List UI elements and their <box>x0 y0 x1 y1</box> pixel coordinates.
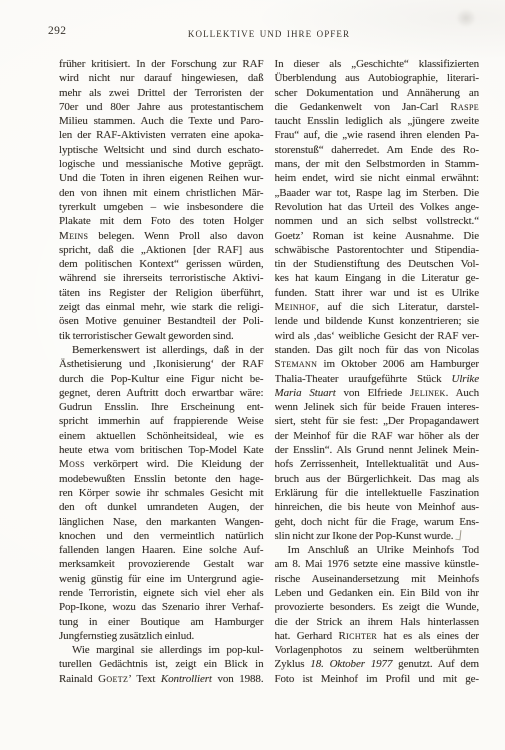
text-line: Goetz’ Roman ist keine Ausnahme. Die <box>275 229 480 243</box>
text-line: hinreichen, die bis heute von Meinhof au… <box>275 500 480 514</box>
text-line: täten ins Register der Religion überführ… <box>59 286 264 300</box>
text-line: spricht, daß die „Aktionen [der RAF] aus <box>59 243 264 257</box>
page-number: 292 <box>48 25 66 37</box>
small-caps-name: Goetz <box>98 673 128 685</box>
text-line: wenn Jelinek sich für beide Frauen inter… <box>275 400 480 414</box>
pencil-annotation-mark <box>456 530 462 540</box>
text-line: wird als ‚das‘ weibliche Gesicht der RAF… <box>275 329 480 343</box>
small-caps-name: Stemann <box>275 358 318 370</box>
text-line: Pop-Ikone, wozu das Szenario ihrer Verha… <box>59 600 264 614</box>
text-line: lyptische Weltsicht und sind durch escha… <box>59 143 264 157</box>
text-line: Jungfernstieg zusätzlich einlud. <box>59 629 264 643</box>
text-line: In dieser als „Geschichte“ klassifiziert… <box>275 57 480 71</box>
text-line: spricht immerhin auf frappierende Weise <box>59 414 264 428</box>
text-line: taucht Ensslin lediglich als „jüngere zw… <box>275 114 480 128</box>
text-line: rende Terroristin, eignete sich viel ehe… <box>59 586 264 600</box>
text-line: die Gedankenwelt von Jan-Carl Raspe <box>275 100 480 114</box>
text-line: schwäbische Pastorentochter und Stipendi… <box>275 243 480 257</box>
text-line: Thalia-Theater uraufgeführte Stück Ulrik… <box>275 372 480 386</box>
text-line: Rainald Goetz’ Text Kontrolliert von 198… <box>59 672 264 686</box>
text-line: Ästhetisierung und ‚Ikonisierung‘ der RA… <box>59 357 264 371</box>
text-line: „Baader war tot, Raspe lag im Sterben. D… <box>275 186 480 200</box>
text-line: 70er und 80er Jahre aus protestantischem <box>59 100 264 114</box>
text-line: Zyklus 18. Oktober 1977 genutzt. Auf dem <box>275 657 480 671</box>
book-page: 292 KOLLEKTIVE UND IHRE OPFER früher kri… <box>0 0 505 750</box>
text-line: provozierte besonders. Es zeigt die Wund… <box>275 600 480 614</box>
text-line: heim endet, wird sie nicht einmal erwähn… <box>275 171 480 185</box>
text-line: während sie ihrerseits terroristische Ak… <box>59 271 264 285</box>
text-line: modebewußten Ensslin betonte den hage- <box>59 472 264 486</box>
left-column: früher kritisiert. In der Forschung zur … <box>59 57 264 686</box>
italic-title: Maria Stuart <box>275 387 336 399</box>
text-line: hofs Zerrissenheit, Intellektualität und… <box>275 457 480 471</box>
text-line: die der Strick an ihrem Hals hinterlasse… <box>275 615 480 629</box>
text-line: len der RAF-Aktivisten verraten eine apo… <box>59 128 264 142</box>
text-line: den oft dunkel umrandeten Augen, der <box>59 500 264 514</box>
text-line: der Ensslin“. Als Grund nennt Jelinek Me… <box>275 443 480 457</box>
text-line: tik terroristischer Gewalt geworden sind… <box>59 329 264 343</box>
text-line: fallenden langen Haaren. Eine solche Auf… <box>59 543 264 557</box>
text-line: mans, der mit den Selbstmorden in Stamm- <box>275 157 480 171</box>
text-line: Frau“ auf, die „wie rasend ihren elenden… <box>275 128 480 142</box>
text-line: der Meinhof für die RAF war höher als de… <box>275 429 480 443</box>
text-line: Milieu stammen. Auch die Texte und Paro- <box>59 114 264 128</box>
text-line: standen. Das gilt noch für das von Nicol… <box>275 343 480 357</box>
text-line: Moss verkörpert wird. Die Kleidung der <box>59 457 264 471</box>
italic-title: Ulrike <box>451 373 479 385</box>
small-caps-name: Moss <box>59 458 85 470</box>
small-caps-name: Meins <box>59 230 88 242</box>
text-line: Wie marginal sie allerdings im pop-kul- <box>59 643 264 657</box>
text-line: hat. Gerhard Richter hat es als eines de… <box>275 629 480 643</box>
text-line: ösen Motive genuiner Bestandteil der Pol… <box>59 314 264 328</box>
text-line: storenstuß“ daherredet. Am Ende des Ro- <box>275 143 480 157</box>
text-line: einem aktuellen Schönheitsideal, wie es <box>59 429 264 443</box>
text-line: mehr als zwei Drittel der Terroristen de… <box>59 86 264 100</box>
text-line: Stemann im Oktober 2006 am Hamburger <box>275 357 480 371</box>
text-line: merksamkeit provozierende Gestalt war <box>59 557 264 571</box>
text-line: heute etwa vom britischen Top-Model Kate <box>59 443 264 457</box>
text-line: rische Auseinandersetzung mit Meinhofs <box>275 572 480 586</box>
right-column: In dieser als „Geschichte“ klassifiziert… <box>275 57 480 686</box>
text-line: Überblendung aus Autobiographie, literar… <box>275 71 480 85</box>
text-line: turellen Gedächtnis ist, zeigt ein Blick… <box>59 657 264 671</box>
text-line: gegnet, deren Auftritt doch erwartbar wä… <box>59 386 264 400</box>
page-header: 292 KOLLEKTIVE UND IHRE OPFER <box>59 24 479 39</box>
text-line: geht, doch nicht für die Frage, warum En… <box>275 515 480 529</box>
small-caps-name: Jelinek <box>410 387 446 399</box>
text-line: logische und messianische Motive geprägt… <box>59 157 264 171</box>
text-line: länglichen Nase, den markanten Wangen- <box>59 515 264 529</box>
text-line: slin nicht zur Ikone der Pop-Kunst wurde… <box>275 529 480 543</box>
running-head-title: KOLLEKTIVE UND IHRE OPFER <box>188 29 350 39</box>
text-line: Meinhof, auf die sich Literatur, darstel… <box>275 300 480 314</box>
text-line: Bemerkenswert ist allerdings, daß in der <box>59 343 264 357</box>
text-line: tin der Studienstiftung des Deutschen Vo… <box>275 257 480 271</box>
text-line: Foto ist Meinhof im Profil und mit ge- <box>275 672 480 686</box>
small-caps-name: Raspe <box>450 101 479 113</box>
text-line: kes hat kaum Eingang in die Literatur ge… <box>275 271 480 285</box>
text-block: früher kritisiert. In der Forschung zur … <box>59 57 479 686</box>
text-line: Erklärung für die intellektuelle Faszina… <box>275 486 480 500</box>
text-line: durch die Pop-Kultur eine Figur nicht be… <box>59 372 264 386</box>
text-line: Und die Toten in ihren eigenen Reihen wu… <box>59 171 264 185</box>
text-line: scher Dokumentation und Annäherung an <box>275 86 480 100</box>
text-line: Leben und Gedanken ein. Ein Bild von ihr <box>275 586 480 600</box>
text-line: siert, steht für sie fest: „Der Propagan… <box>275 414 480 428</box>
italic-title: 18. Oktober 1977 <box>310 658 392 670</box>
text-line: tyrerkult umgeben – wie insbesondere die <box>59 200 264 214</box>
italic-title: Kontrolliert <box>161 673 212 685</box>
small-caps-name: Meinhof <box>275 301 317 313</box>
text-line: ren Körper sowie ihr schmales Gesicht mi… <box>59 486 264 500</box>
text-line: Revolution hat das Urteil des Volkes ang… <box>275 200 480 214</box>
text-line: Vorlagenphotos zu seinem weltberühmten <box>275 643 480 657</box>
text-line: nommen und an sich selbst vollstreckt.“ <box>275 214 480 228</box>
text-line: wird nicht nur darauf hingewiesen, daß <box>59 71 264 85</box>
small-caps-name: Richter <box>338 630 377 642</box>
text-line: Plakate mit dem Foto des toten Holger <box>59 214 264 228</box>
text-line: funden. Statt ihrer war und ist es Ulrik… <box>275 286 480 300</box>
text-line: den von ihnen mit einem christlichen Mär… <box>59 186 264 200</box>
text-line: bruch aus der Bürgerlichkeit. Das mag al… <box>275 472 480 486</box>
text-line: früher kritisiert. In der Forschung zur … <box>59 57 264 71</box>
text-line: knochen und den vermeintlich natürlich <box>59 529 264 543</box>
text-line: Gudrun Ensslin. Ihre Erscheinung ent- <box>59 400 264 414</box>
text-line: lende und bildende Kunst konzentrieren; … <box>275 314 480 328</box>
text-line: dem politischen Kontext“ gerissen würden… <box>59 257 264 271</box>
text-line: Maria Stuart von Elfriede Jelinek. Auch <box>275 386 480 400</box>
text-line: zeigt das einmal mehr, wie stark die rel… <box>59 300 264 314</box>
text-line: Meins belegen. Wenn Proll also davon <box>59 229 264 243</box>
text-line: wenig günstig für eine im Untergrund agi… <box>59 572 264 586</box>
text-line: am 8. Mai 1976 setzte eine massive künst… <box>275 557 480 571</box>
text-line: tung in einer Boutique am Hamburger <box>59 615 264 629</box>
text-line: Im Anschluß an Ulrike Meinhofs Tod <box>275 543 480 557</box>
